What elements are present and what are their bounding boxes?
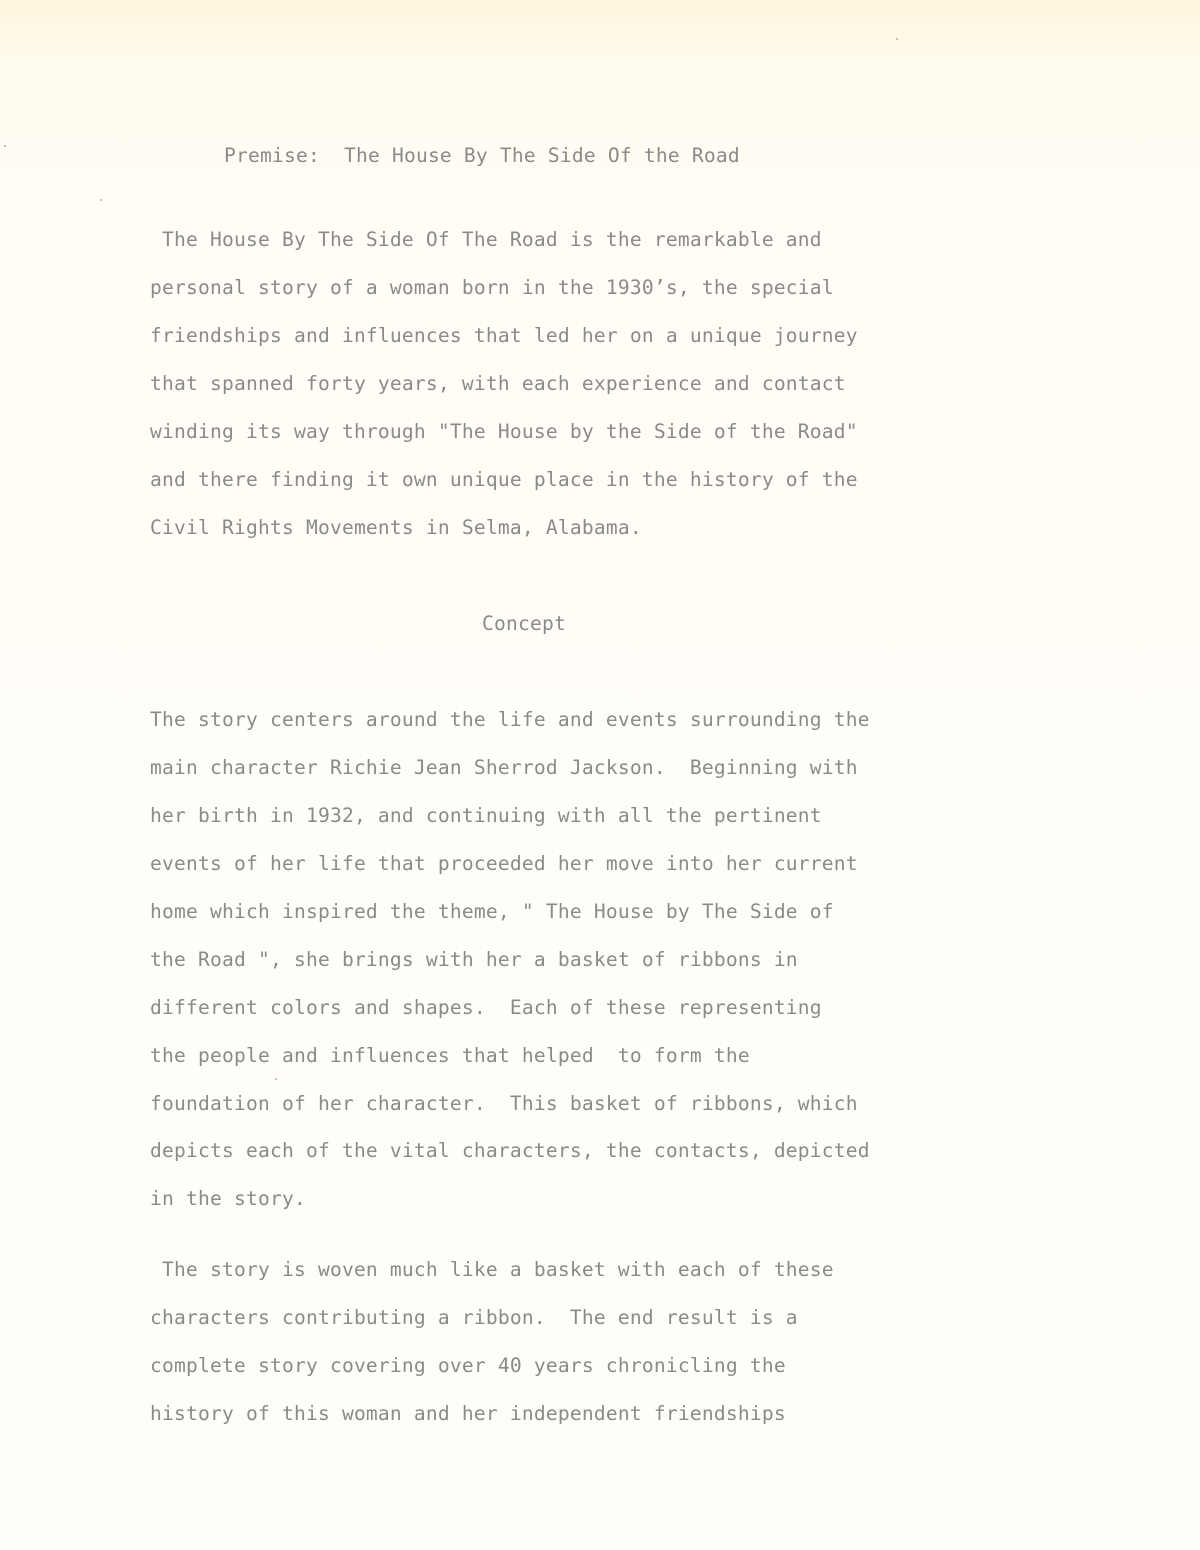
text-line: The House By The Side Of The Road is the… xyxy=(150,230,822,250)
text-line: complete story covering over 40 years ch… xyxy=(150,1356,786,1376)
section-heading: Concept xyxy=(482,614,566,634)
paper-speck xyxy=(100,199,102,201)
text-line: history of this woman and her independen… xyxy=(150,1404,786,1424)
text-line: Civil Rights Movements in Selma, Alabama… xyxy=(150,518,642,538)
typed-document-page: Premise: The House By The Side Of the Ro… xyxy=(0,0,1200,1550)
text-line: in the story. xyxy=(150,1189,306,1209)
text-line: foundation of her character. This basket… xyxy=(150,1094,858,1114)
paper-speck xyxy=(275,1078,277,1080)
document-title: Premise: The House By The Side Of the Ro… xyxy=(224,146,740,166)
paper-speck xyxy=(4,145,6,147)
text-line: main character Richie Jean Sherrod Jacks… xyxy=(150,758,858,778)
text-line: her birth in 1932, and continuing with a… xyxy=(150,806,822,826)
text-line: different colors and shapes. Each of the… xyxy=(150,998,822,1018)
text-line: winding its way through "The House by th… xyxy=(150,422,858,442)
text-line: personal story of a woman born in the 19… xyxy=(150,278,834,298)
text-line: the Road ", she brings with her a basket… xyxy=(150,950,798,970)
text-line: The story centers around the life and ev… xyxy=(150,710,870,730)
text-line: events of her life that proceeded her mo… xyxy=(150,854,858,874)
text-line: depicts each of the vital characters, th… xyxy=(150,1141,870,1161)
text-line: characters contributing a ribbon. The en… xyxy=(150,1308,798,1328)
text-line: and there finding it own unique place in… xyxy=(150,470,858,490)
text-line: friendships and influences that led her … xyxy=(150,326,858,346)
text-line: that spanned forty years, with each expe… xyxy=(150,374,846,394)
text-line: the people and influences that helped to… xyxy=(150,1046,750,1066)
text-line: home which inspired the theme, " The Hou… xyxy=(150,902,834,922)
text-line: The story is woven much like a basket wi… xyxy=(150,1260,834,1280)
paper-speck xyxy=(896,38,898,40)
